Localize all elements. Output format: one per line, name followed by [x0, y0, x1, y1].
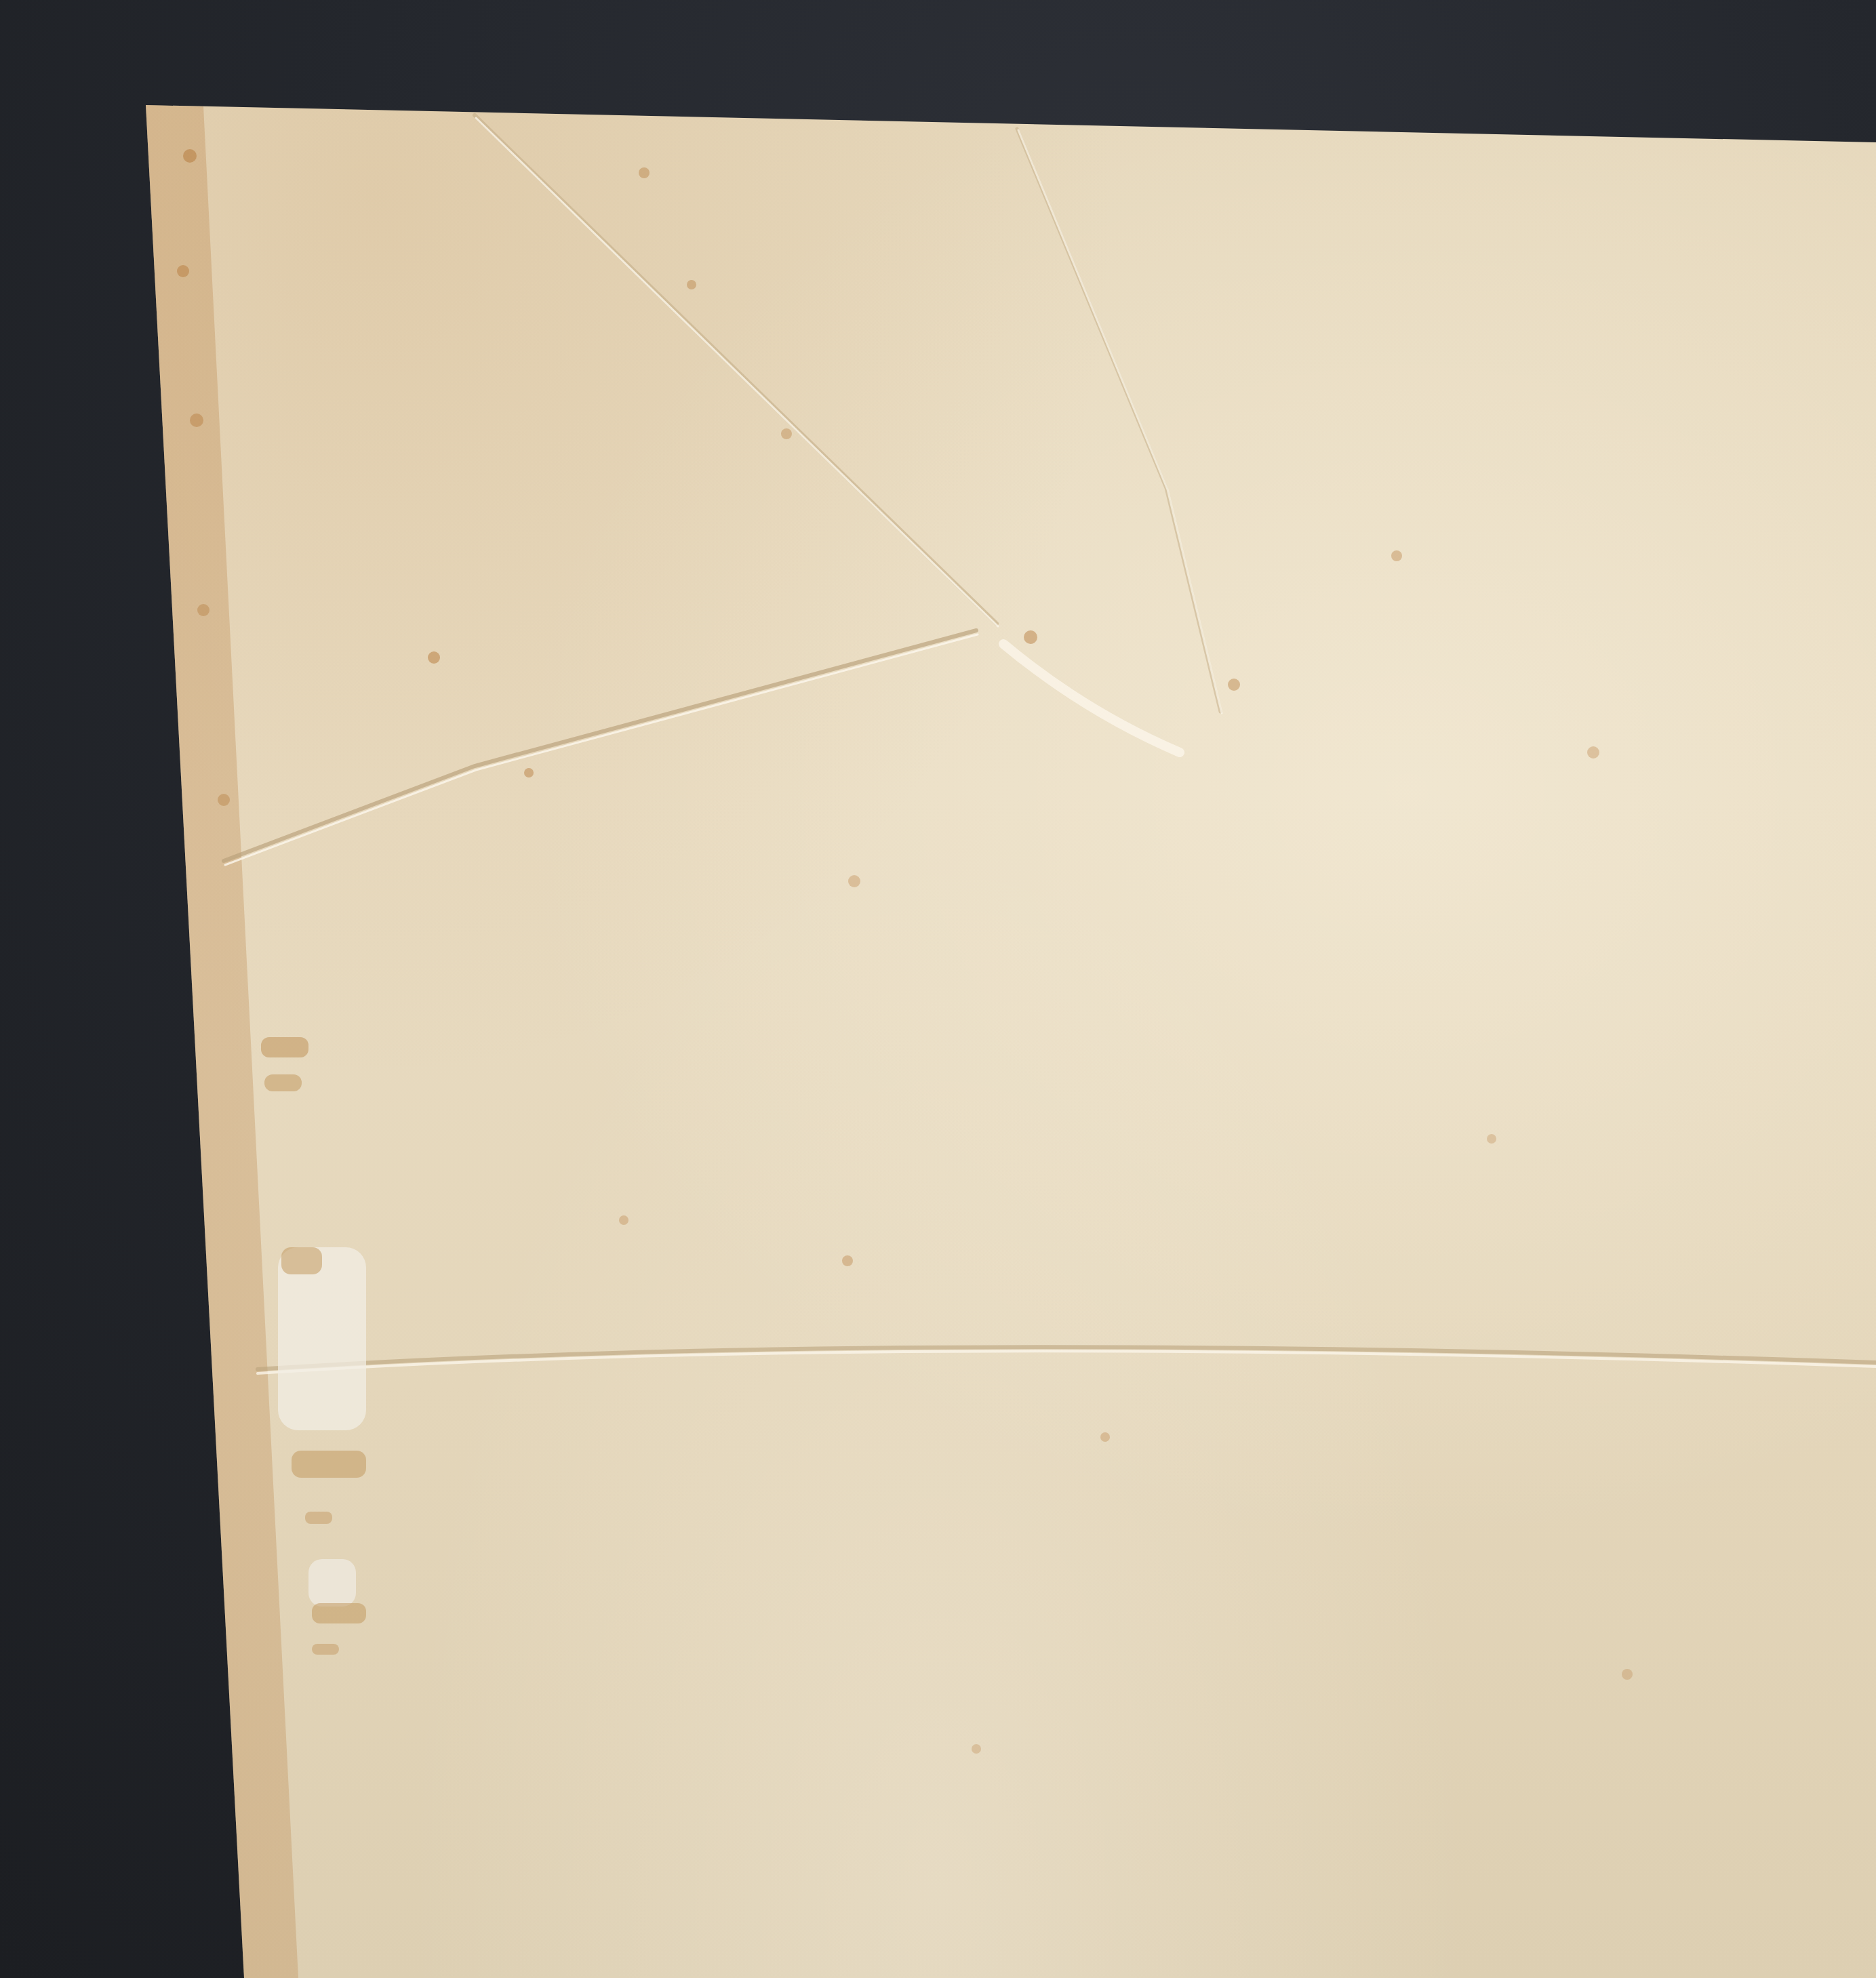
paper-details: [0, 0, 1876, 1978]
residue-marks: [261, 1037, 366, 1655]
fold-creases: [224, 115, 1876, 1373]
foxing-stains: [177, 149, 1633, 1754]
photo-scene: [0, 0, 1876, 1978]
